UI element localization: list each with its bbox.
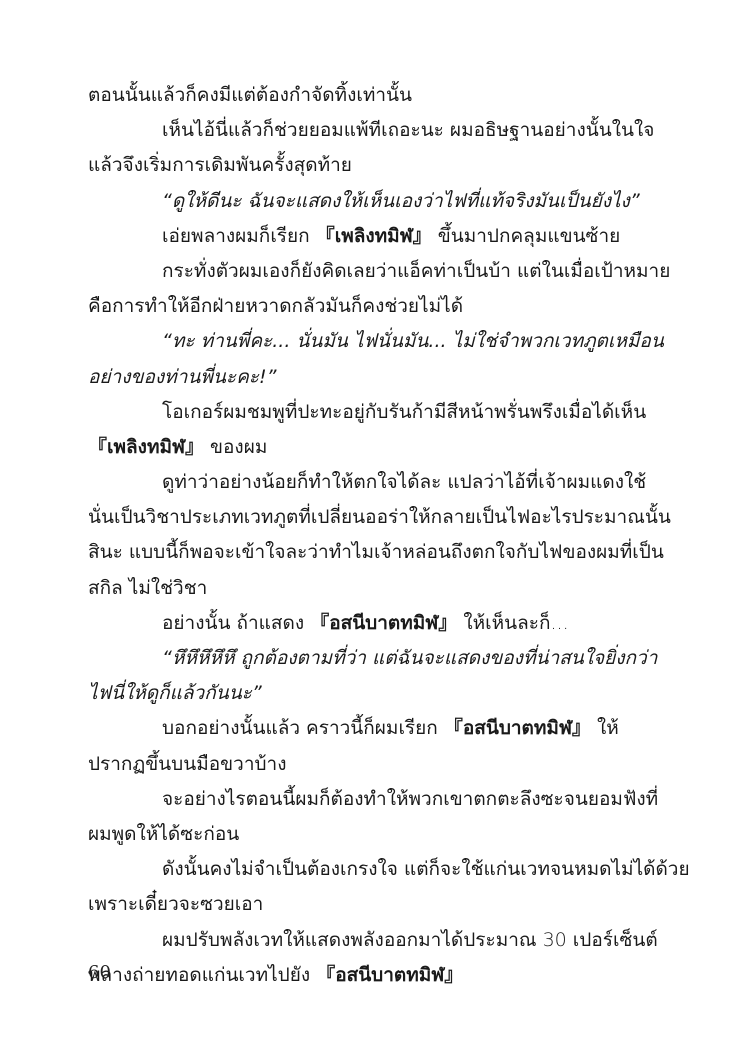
page-body: ตอนนั้นแล้วก็คงมีแต่ต้องกำจัดทิ้งเท่านั้… <box>88 78 652 993</box>
text-line: ผมปรับพลังเวทให้แสดงพลังออกมาได้ประมาณ 3… <box>88 923 652 958</box>
line-post: ให้เห็นละก็... <box>457 612 568 634</box>
text-line: ดังนั้นคงไม่จำเป็นต้องเกรงใจ แต่ก็จะใช้แ… <box>88 852 652 887</box>
line-post: ของผม <box>204 436 267 458</box>
skill-name: 『อสนีบาตทมิฬ』 <box>310 612 457 634</box>
text-line: สินะ แบบนี้ก็พอจะเข้าใจละว่าทำไมเจ้าหล่อ… <box>88 535 652 570</box>
dialogue-line: “ดูให้ดีนะ ฉันจะแสดงให้เห็นเองว่าไฟที่แท… <box>88 184 652 219</box>
text-line: จะอย่างไรตอนนี้ผมก็ต้องทำให้พวกเขาตกตะลึ… <box>88 782 652 817</box>
text-line: อย่างนั้น ถ้าแสดง 『อสนีบาตทมิฬ』 ให้เห็นล… <box>88 606 652 641</box>
text-line: บอกอย่างนั้นแล้ว คราวนี้ก็ผมเรียก 『อสนีบ… <box>88 711 652 746</box>
line-post: ขึ้นมาปกคลุมแขนซ้าย <box>432 225 621 247</box>
text-line: สกิล ไม่ใช่วิชา <box>88 571 652 606</box>
dialogue-line: “หึหึหึหึหึ ถูกต้องตามที่ว่า แต่ฉันจะแสด… <box>88 641 652 676</box>
text-line: คือการทำให้อีกฝ่ายหวาดกลัวมันก็คงช่วยไม่… <box>88 289 652 324</box>
skill-name: 『อสนีบาตทมิฬ』 <box>444 717 591 739</box>
skill-name: 『เพลิงทมิฬ』 <box>88 436 204 458</box>
text-line: โอเกอร์ผมชมพูที่ปะทะอยู่กับรันก้ามีสีหน้… <box>88 395 652 430</box>
line-pre: อย่างนั้น ถ้าแสดง <box>162 612 310 634</box>
skill-name: 『อสนีบาตทมิฬ』 <box>316 964 463 986</box>
text-line: เอ่ยพลางผมก็เรียก 『เพลิงทมิฬ』 ขึ้นมาปกคล… <box>88 219 652 254</box>
text-line: แล้วจึงเริ่มการเดิมพันครั้งสุดท้าย <box>88 148 652 183</box>
line-pre: เอ่ยพลางผมก็เรียก <box>162 225 316 247</box>
page-number: 60 <box>88 962 111 983</box>
text-line: พลางถ่ายทอดแก่นเวทไปยัง 『อสนีบาตทมิฬ』 <box>88 958 652 993</box>
line-post: ให้ <box>591 717 619 739</box>
dialogue-line: “ทะ ท่านพี่คะ... นั่นมัน ไฟนั่นมัน... ไม… <box>88 324 652 359</box>
skill-name: 『เพลิงทมิฬ』 <box>316 225 432 247</box>
text-line: เห็นไอ้นี่แล้วก็ช่วยยอมแพ้ทีเถอะนะ ผมอธิ… <box>88 113 652 148</box>
line-pre: พลางถ่ายทอดแก่นเวทไปยัง <box>88 964 316 986</box>
dialogue-line: ไฟนี่ให้ดูก็แล้วกันนะ” <box>88 676 652 711</box>
text-line: กระทั่งตัวผมเองก็ยังคิดเลยว่าแอ็คท่าเป็น… <box>88 254 652 289</box>
text-line: เพราะเดี๋ยวจะซวยเอา <box>88 887 652 922</box>
text-line: ผมพูดให้ได้ซะก่อน <box>88 817 652 852</box>
text-line: ตอนนั้นแล้วก็คงมีแต่ต้องกำจัดทิ้งเท่านั้… <box>88 78 652 113</box>
text-line: 『เพลิงทมิฬ』 ของผม <box>88 430 652 465</box>
text-line: นั่นเป็นวิชาประเภทเวทภูตที่เปลี่ยนออร่าใ… <box>88 500 652 535</box>
text-line: ปรากฏขึ้นบนมือขวาบ้าง <box>88 747 652 782</box>
dialogue-line: อย่างของท่านพี่นะคะ!” <box>88 360 652 395</box>
line-pre: บอกอย่างนั้นแล้ว คราวนี้ก็ผมเรียก <box>162 717 444 739</box>
text-line: ดูท่าว่าอย่างน้อยก็ทำให้ตกใจได้ละ แปลว่า… <box>88 465 652 500</box>
